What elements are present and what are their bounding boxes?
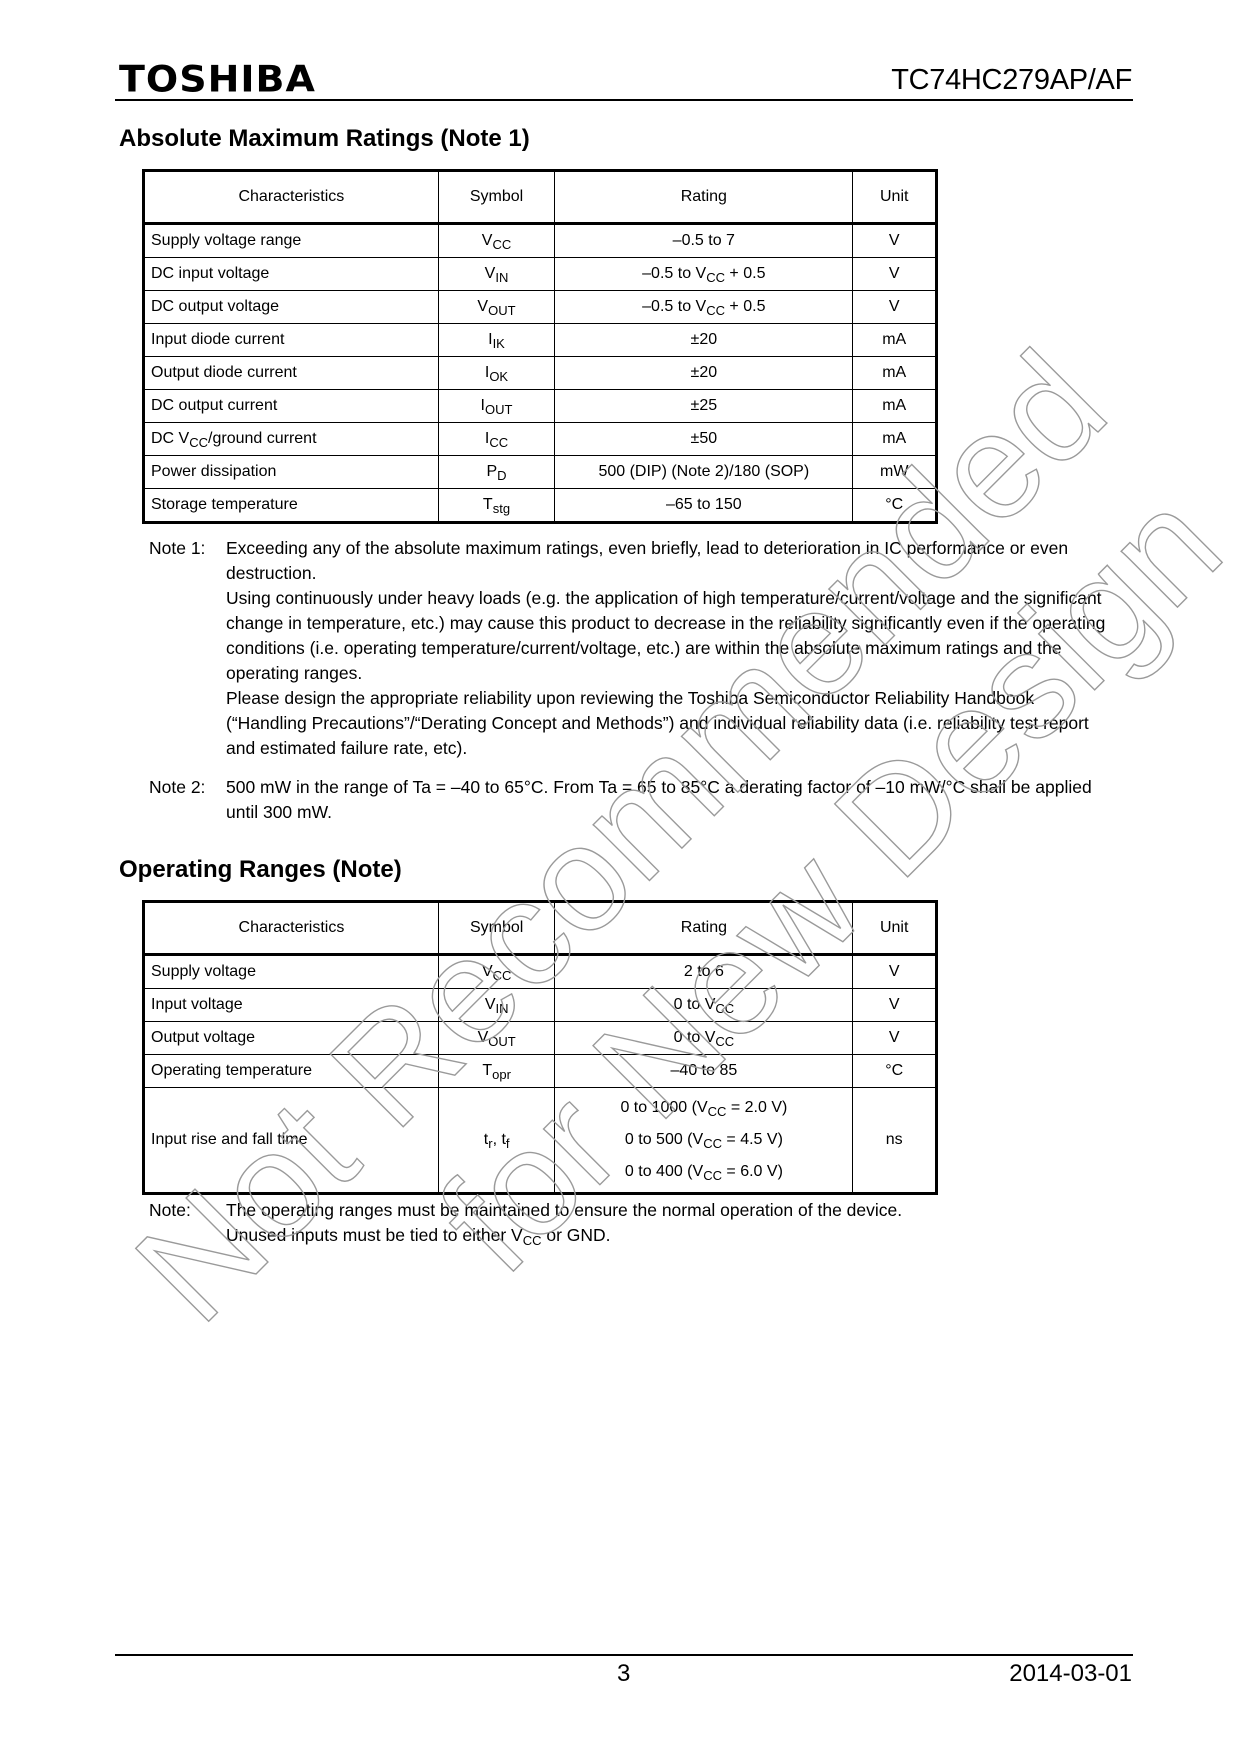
unit-cell: °C [853, 489, 937, 523]
unit-cell: mA [853, 423, 937, 456]
table-row: Output diode currentIOK±20mA [144, 357, 937, 390]
characteristic-cell: DC output voltage [144, 291, 439, 324]
col-rating: Rating [555, 171, 853, 224]
table-row: Input rise and fall timetr, tf0 to 1000 … [144, 1088, 937, 1194]
operating-rows: Supply voltageVCC2 to 6VInput voltageVIN… [144, 955, 937, 1194]
symbol-cell: VOUT [438, 291, 554, 324]
rating-cell: 0 to VCC [555, 1022, 853, 1055]
unit-cell: mA [853, 357, 937, 390]
characteristic-cell: Input voltage [144, 989, 439, 1022]
note-line: Unused inputs must be tied to either VCC… [226, 1223, 1109, 1248]
table-row: DC output voltageVOUT–0.5 to VCC + 0.5V [144, 291, 937, 324]
operating-note-label: Note: [149, 1198, 191, 1223]
operating-note-body: The operating ranges must be maintained … [226, 1198, 1109, 1248]
col-characteristics: Characteristics [144, 902, 439, 955]
unit-cell: mA [853, 324, 937, 357]
unit-cell: V [853, 258, 937, 291]
table-row: DC output currentIOUT±25mA [144, 390, 937, 423]
table-header-row: Characteristics Symbol Rating Unit [144, 902, 937, 955]
table-row: Power dissipationPD500 (DIP) (Note 2)/18… [144, 456, 937, 489]
symbol-cell: IOK [438, 357, 554, 390]
table-row: Supply voltage rangeVCC–0.5 to 7V [144, 224, 937, 258]
characteristic-cell: DC VCC/ground current [144, 423, 439, 456]
symbol-cell: VOUT [438, 1022, 555, 1055]
table-row: Operating temperatureTopr–40 to 85°C [144, 1055, 937, 1088]
note-paragraph: Using continuously under heavy loads (e.… [226, 586, 1109, 686]
rating-cell: –0.5 to VCC + 0.5 [555, 258, 853, 291]
rating-cell: 2 to 6 [555, 955, 853, 989]
symbol-cell: VIN [438, 258, 554, 291]
table-header-row: Characteristics Symbol Rating Unit [144, 171, 937, 224]
rating-cell: 0 to VCC [555, 989, 853, 1022]
characteristic-cell: Input diode current [144, 324, 439, 357]
characteristic-cell: Supply voltage range [144, 224, 439, 258]
abs-max-title: Absolute Maximum Ratings (Note 1) [119, 125, 530, 153]
abs-max-rows: Supply voltage rangeVCC–0.5 to 7VDC inpu… [144, 224, 937, 523]
unit-cell: V [853, 989, 937, 1022]
unit-cell: mW [853, 456, 937, 489]
rating-cell: 500 (DIP) (Note 2)/180 (SOP) [555, 456, 853, 489]
symbol-cell: Tstg [438, 489, 554, 523]
unit-cell: V [853, 955, 937, 989]
col-unit: Unit [853, 171, 937, 224]
symbol-cell: VCC [438, 224, 554, 258]
rating-cell: ±25 [555, 390, 853, 423]
symbol-cell: VIN [438, 989, 555, 1022]
col-unit: Unit [853, 902, 937, 955]
rating-cell: ±20 [555, 324, 853, 357]
header-rule [115, 99, 1133, 101]
characteristic-cell: Input rise and fall time [144, 1088, 439, 1194]
part-number: TC74HC279AP/AF [891, 64, 1132, 97]
note-2: Note 2: 500 mW in the range of Ta = –40 … [149, 775, 1109, 825]
abs-max-table: Characteristics Symbol Rating Unit Suppl… [142, 169, 938, 524]
datasheet-page: TOSHIBA TC74HC279AP/AF Absolute Maximum … [0, 0, 1240, 1754]
table-row: Supply voltageVCC2 to 6V [144, 955, 937, 989]
page-number: 3 [617, 1660, 630, 1688]
unit-cell: °C [853, 1055, 937, 1088]
operating-ranges-title: Operating Ranges (Note) [119, 856, 402, 884]
characteristic-cell: Supply voltage [144, 955, 439, 989]
col-rating: Rating [555, 902, 853, 955]
symbol-cell: IIK [438, 324, 554, 357]
unit-cell: V [853, 1022, 937, 1055]
unit-cell: ns [853, 1088, 937, 1194]
col-symbol: Symbol [438, 171, 554, 224]
footer-date: 2014-03-01 [1009, 1660, 1132, 1688]
table-row: Input diode currentIIK±20mA [144, 324, 937, 357]
unit-cell: V [853, 224, 937, 258]
note-1-label: Note 1: [149, 536, 205, 561]
rating-cell: –0.5 to 7 [555, 224, 853, 258]
note-2-label: Note 2: [149, 775, 205, 800]
characteristic-cell: Storage temperature [144, 489, 439, 523]
table-row: Storage temperatureTstg–65 to 150°C [144, 489, 937, 523]
rating-cell: –0.5 to VCC + 0.5 [555, 291, 853, 324]
table-row: Input voltageVIN0 to VCCV [144, 989, 937, 1022]
characteristic-cell: DC input voltage [144, 258, 439, 291]
characteristic-cell: DC output current [144, 390, 439, 423]
symbol-cell: IOUT [438, 390, 554, 423]
note-1-body: Exceeding any of the absolute maximum ra… [226, 536, 1109, 761]
rating-line: 0 to 400 (VCC = 6.0 V) [561, 1156, 846, 1188]
note-line: The operating ranges must be maintained … [226, 1198, 1109, 1223]
operating-note: Note: The operating ranges must be maint… [149, 1198, 1109, 1248]
characteristic-cell: Operating temperature [144, 1055, 439, 1088]
footer-rule [115, 1654, 1133, 1656]
rating-cell: 0 to 1000 (VCC = 2.0 V)0 to 500 (VCC = 4… [555, 1088, 853, 1194]
characteristic-cell: Output voltage [144, 1022, 439, 1055]
characteristic-cell: Power dissipation [144, 456, 439, 489]
unit-cell: V [853, 291, 937, 324]
rating-cell: ±50 [555, 423, 853, 456]
symbol-cell: Topr [438, 1055, 555, 1088]
characteristic-cell: Output diode current [144, 357, 439, 390]
table-row: DC input voltageVIN–0.5 to VCC + 0.5V [144, 258, 937, 291]
symbol-cell: tr, tf [438, 1088, 555, 1194]
symbol-cell: ICC [438, 423, 554, 456]
note-paragraph: Exceeding any of the absolute maximum ra… [226, 536, 1109, 586]
table-row: Output voltageVOUT0 to VCCV [144, 1022, 937, 1055]
col-characteristics: Characteristics [144, 171, 439, 224]
table-row: DC VCC/ground currentICC±50mA [144, 423, 937, 456]
rating-cell: –65 to 150 [555, 489, 853, 523]
rating-line: 0 to 500 (VCC = 4.5 V) [561, 1124, 846, 1156]
note-2-text: 500 mW in the range of Ta = –40 to 65°C.… [226, 775, 1109, 825]
rating-cell: –40 to 85 [555, 1055, 853, 1088]
toshiba-logo: TOSHIBA [119, 58, 316, 100]
col-symbol: Symbol [438, 902, 555, 955]
note-paragraph: Please design the appropriate reliabilit… [226, 686, 1109, 761]
unit-cell: mA [853, 390, 937, 423]
symbol-cell: PD [438, 456, 554, 489]
symbol-cell: VCC [438, 955, 555, 989]
rating-line: 0 to 1000 (VCC = 2.0 V) [561, 1092, 846, 1124]
operating-ranges-table: Characteristics Symbol Rating Unit Suppl… [142, 900, 938, 1195]
rating-cell: ±20 [555, 357, 853, 390]
note-1: Note 1: Exceeding any of the absolute ma… [149, 536, 1109, 761]
